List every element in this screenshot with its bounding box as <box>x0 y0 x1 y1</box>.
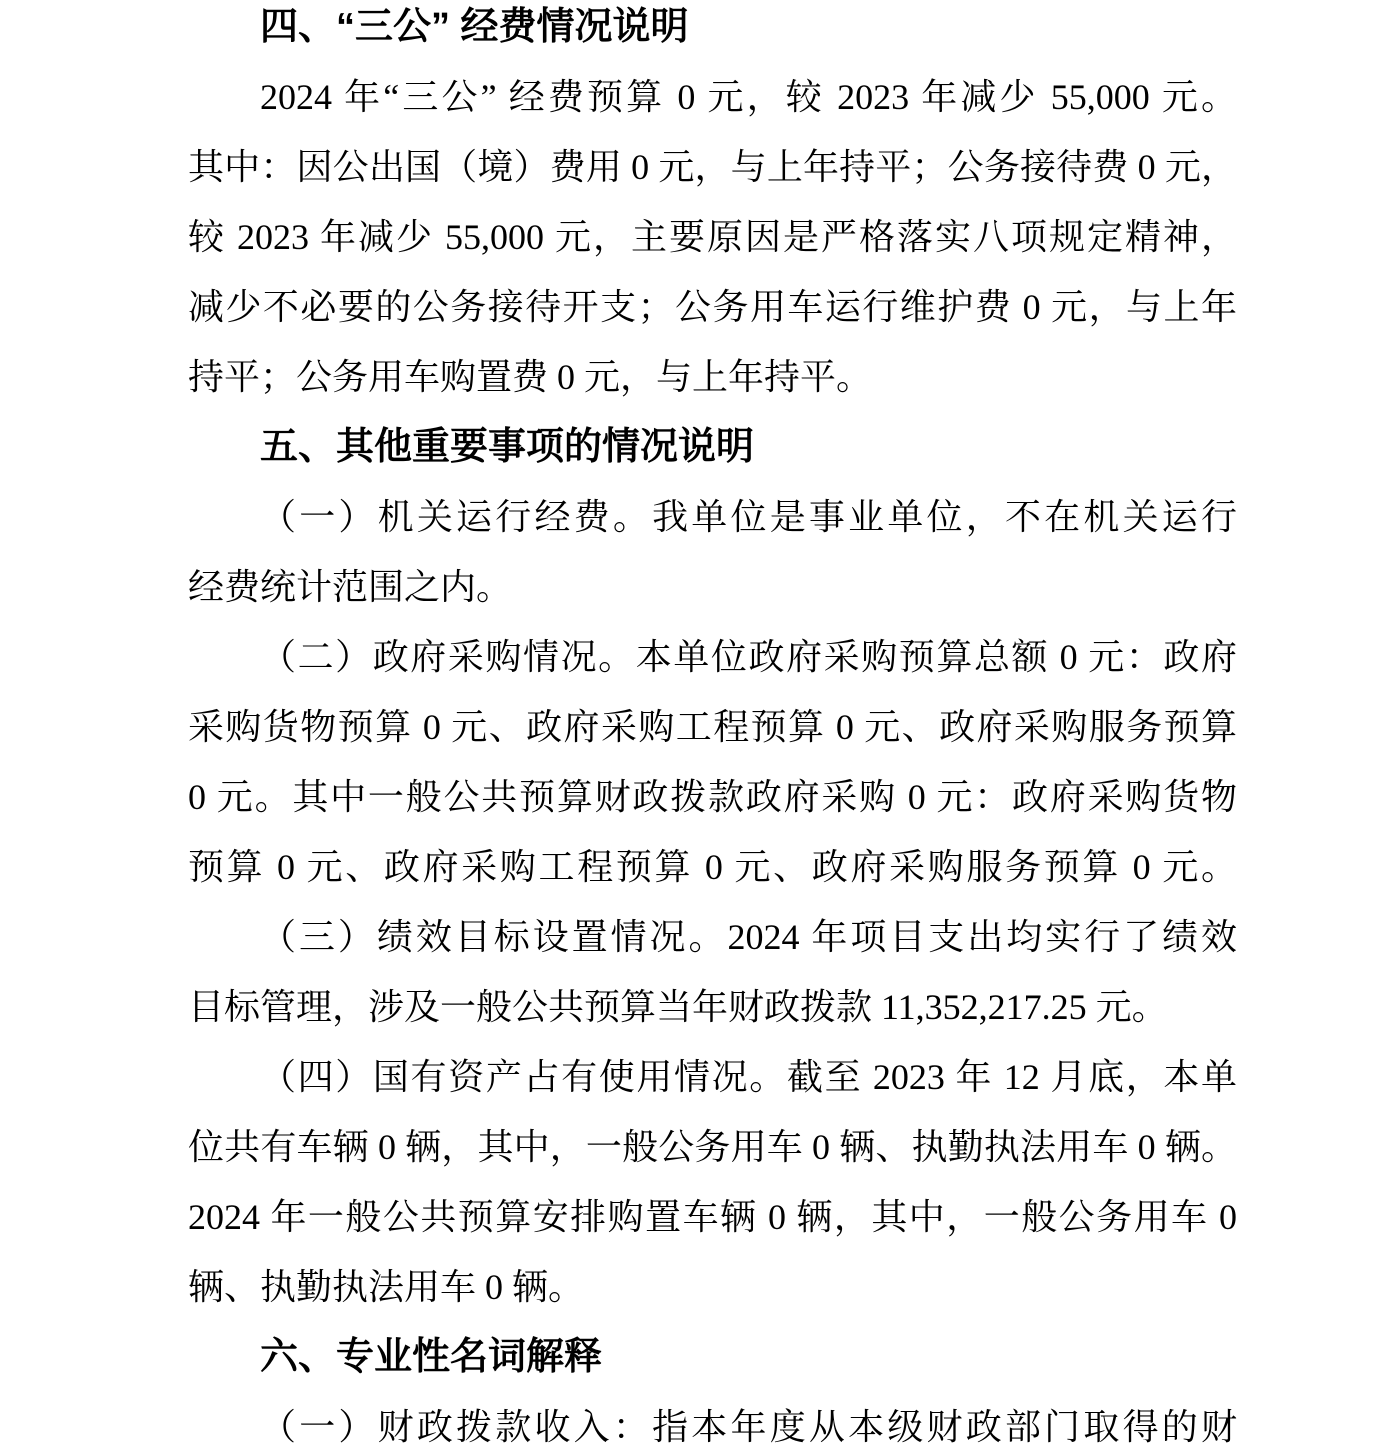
section-heading: 四、“三公” 经费情况说明 <box>188 0 1237 62</box>
section-heading: 五、其他重要事项的情况说明 <box>188 412 1237 482</box>
text-line: 持平；公务用车购置费 0 元，与上年持平。 <box>188 342 1237 412</box>
text-line: 经费统计范围之内。 <box>188 552 1237 622</box>
section-heading: 六、专业性名词解释 <box>188 1322 1237 1392</box>
text-line: 2024 年“三公” 经费预算 0 元，较 2023 年减少 55,000 元。 <box>188 62 1237 132</box>
text-line: （一）机关运行经费。我单位是事业单位，不在机关运行 <box>188 482 1237 552</box>
text-line: 目标管理，涉及一般公共预算当年财政拨款 11,352,217.25 元。 <box>188 972 1237 1042</box>
text-line: 其中：因公出国（境）费用 0 元，与上年持平；公务接待费 0 元， <box>188 132 1237 202</box>
text-line: 采购货物预算 0 元、政府采购工程预算 0 元、政府采购服务预算 <box>188 692 1237 762</box>
text-line: 位共有车辆 0 辆，其中，一般公务用车 0 辆、执勤执法用车 0 辆。 <box>188 1112 1237 1182</box>
text-line: （三）绩效目标设置情况。2024 年项目支出均实行了绩效 <box>188 902 1237 972</box>
text-line: 较 2023 年减少 55,000 元，主要原因是严格落实八项规定精神， <box>188 202 1237 272</box>
text-line: （一）财政拨款收入：指本年度从本级财政部门取得的财 <box>188 1392 1237 1455</box>
text-line: （二）政府采购情况。本单位政府采购预算总额 0 元：政府 <box>188 622 1237 692</box>
document-page: 四、“三公” 经费情况说明2024 年“三公” 经费预算 0 元，较 2023 … <box>0 0 1399 1455</box>
text-line: 0 元。其中一般公共预算财政拨款政府采购 0 元：政府采购货物 <box>188 762 1237 832</box>
text-line: 2024 年一般公共预算安排购置车辆 0 辆，其中，一般公务用车 0 <box>188 1182 1237 1252</box>
text-line: （四）国有资产占有使用情况。截至 2023 年 12 月底，本单 <box>188 1042 1237 1112</box>
text-line: 辆、执勤执法用车 0 辆。 <box>188 1252 1237 1322</box>
text-line: 预算 0 元、政府采购工程预算 0 元、政府采购服务预算 0 元。 <box>188 832 1237 902</box>
document-text-block: 四、“三公” 经费情况说明2024 年“三公” 经费预算 0 元，较 2023 … <box>188 0 1237 1455</box>
text-line: 减少不必要的公务接待开支；公务用车运行维护费 0 元，与上年 <box>188 272 1237 342</box>
